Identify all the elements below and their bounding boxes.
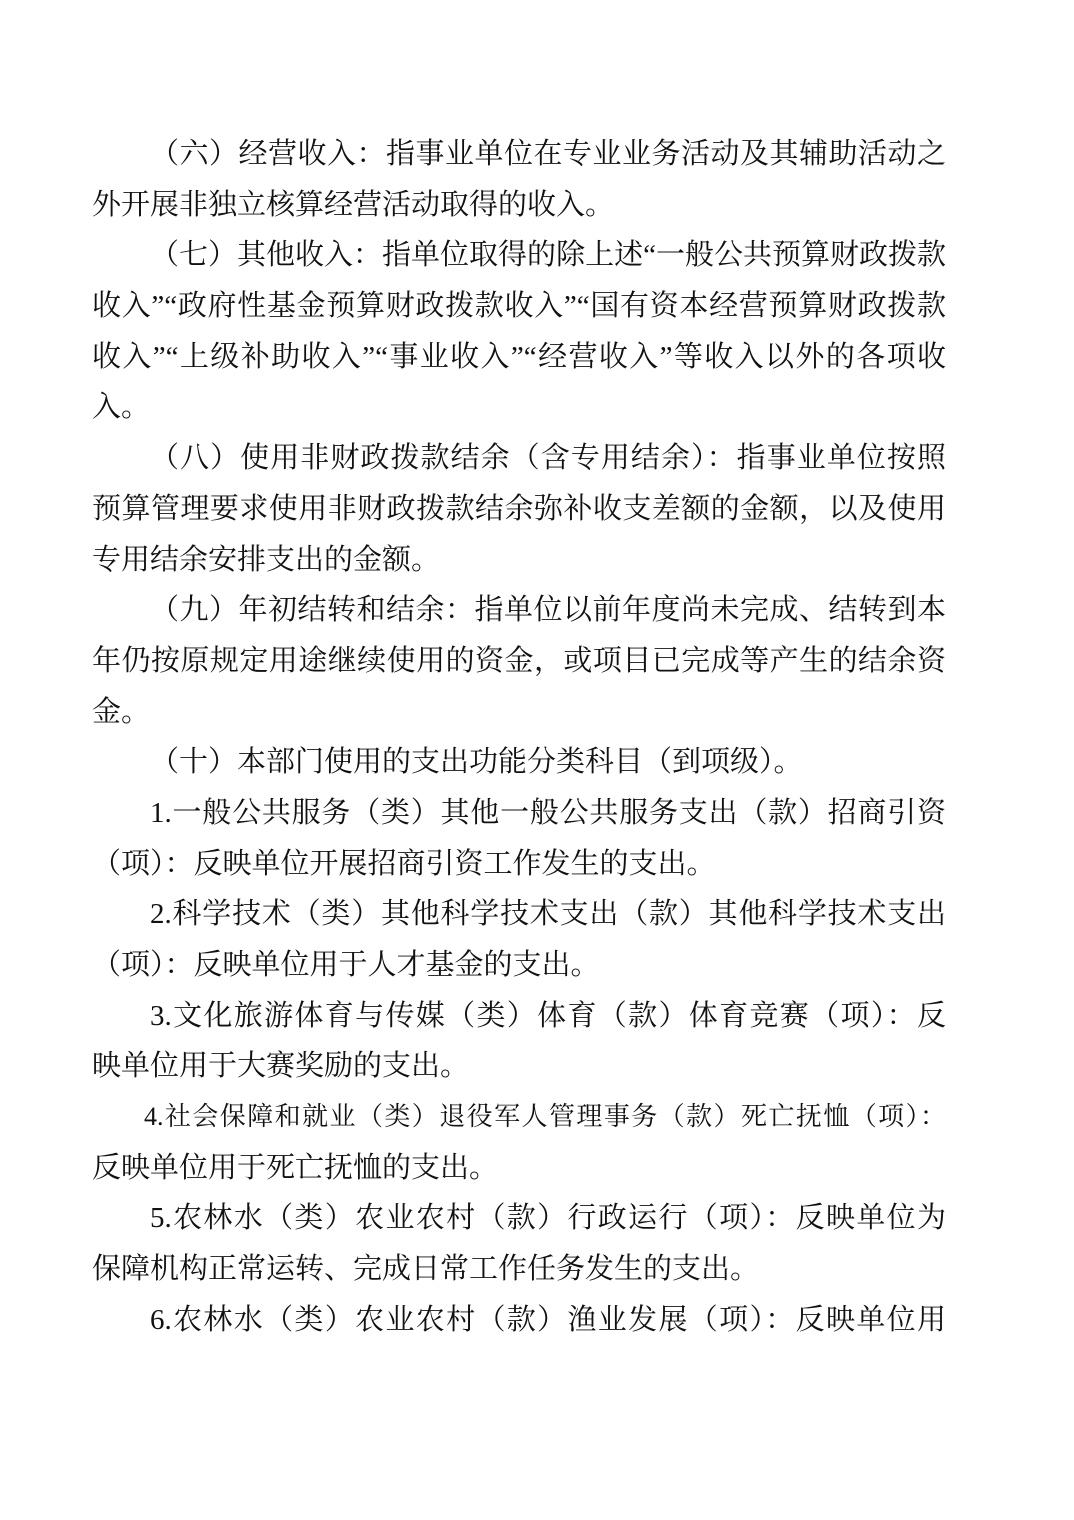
text-line: 收入”“上级补助收入”“事业收入”“经营收入”等收入以外的各项收 — [92, 332, 946, 383]
text-line: 6.农林水（类）农业农村（款）渔业发展（项）：反映单位用 — [92, 1295, 946, 1346]
text-line: （八）使用非财政拨款结余（含专用结余）：指事业单位按照 — [92, 433, 946, 484]
text-line: （项）：反映单位用于人才基金的支出。 — [92, 940, 946, 991]
text-line: （项）：反映单位开展招商引资工作发生的支出。 — [92, 839, 946, 890]
text-line: 反映单位用于死亡抚恤的支出。 — [92, 1143, 946, 1194]
text-line: 5.农林水（类）农业农村（款）行政运行（项）：反映单位为 — [92, 1193, 946, 1244]
text-line: 3.文化旅游体育与传媒（类）体育（款）体育竞赛（项）：反 — [92, 991, 946, 1042]
document-page: （六）经营收入：指事业单位在专业业务活动及其辅助活动之 外开展非独立核算经营活动… — [0, 0, 1074, 1520]
text-line: 入。 — [92, 382, 946, 433]
text-line: （七）其他收入：指单位取得的除上述“一般公共预算财政拨款 — [92, 230, 946, 281]
text-line: 4.社会保障和就业（类）退役军人管理事务（款）死亡抚恤（项）： — [92, 1092, 946, 1143]
document-text-block: （六）经营收入：指事业单位在专业业务活动及其辅助活动之 外开展非独立核算经营活动… — [92, 129, 946, 1346]
text-line: 金。 — [92, 687, 946, 738]
text-line: 外开展非独立核算经营活动取得的收入。 — [92, 180, 946, 231]
text-line: 1.一般公共服务（类）其他一般公共服务支出（款）招商引资 — [92, 788, 946, 839]
text-line: 专用结余安排支出的金额。 — [92, 535, 946, 586]
text-line: 2.科学技术（类）其他科学技术支出（款）其他科学技术支出 — [92, 889, 946, 940]
text-line: 预算管理要求使用非财政拨款结余弥补收支差额的金额，以及使用 — [92, 484, 946, 535]
text-line: （九）年初结转和结余：指单位以前年度尚未完成、结转到本 — [92, 585, 946, 636]
text-line: （十）本部门使用的支出功能分类科目（到项级）。 — [92, 737, 946, 788]
text-line: 收入”“政府性基金预算财政拨款收入”“国有资本经营预算财政拨款 — [92, 281, 946, 332]
text-line: 年仍按原规定用途继续使用的资金，或项目已完成等产生的结余资 — [92, 636, 946, 687]
text-line: 映单位用于大赛奖励的支出。 — [92, 1041, 946, 1092]
text-line: （六）经营收入：指事业单位在专业业务活动及其辅助活动之 — [92, 129, 946, 180]
text-line: 保障机构正常运转、完成日常工作任务发生的支出。 — [92, 1244, 946, 1295]
